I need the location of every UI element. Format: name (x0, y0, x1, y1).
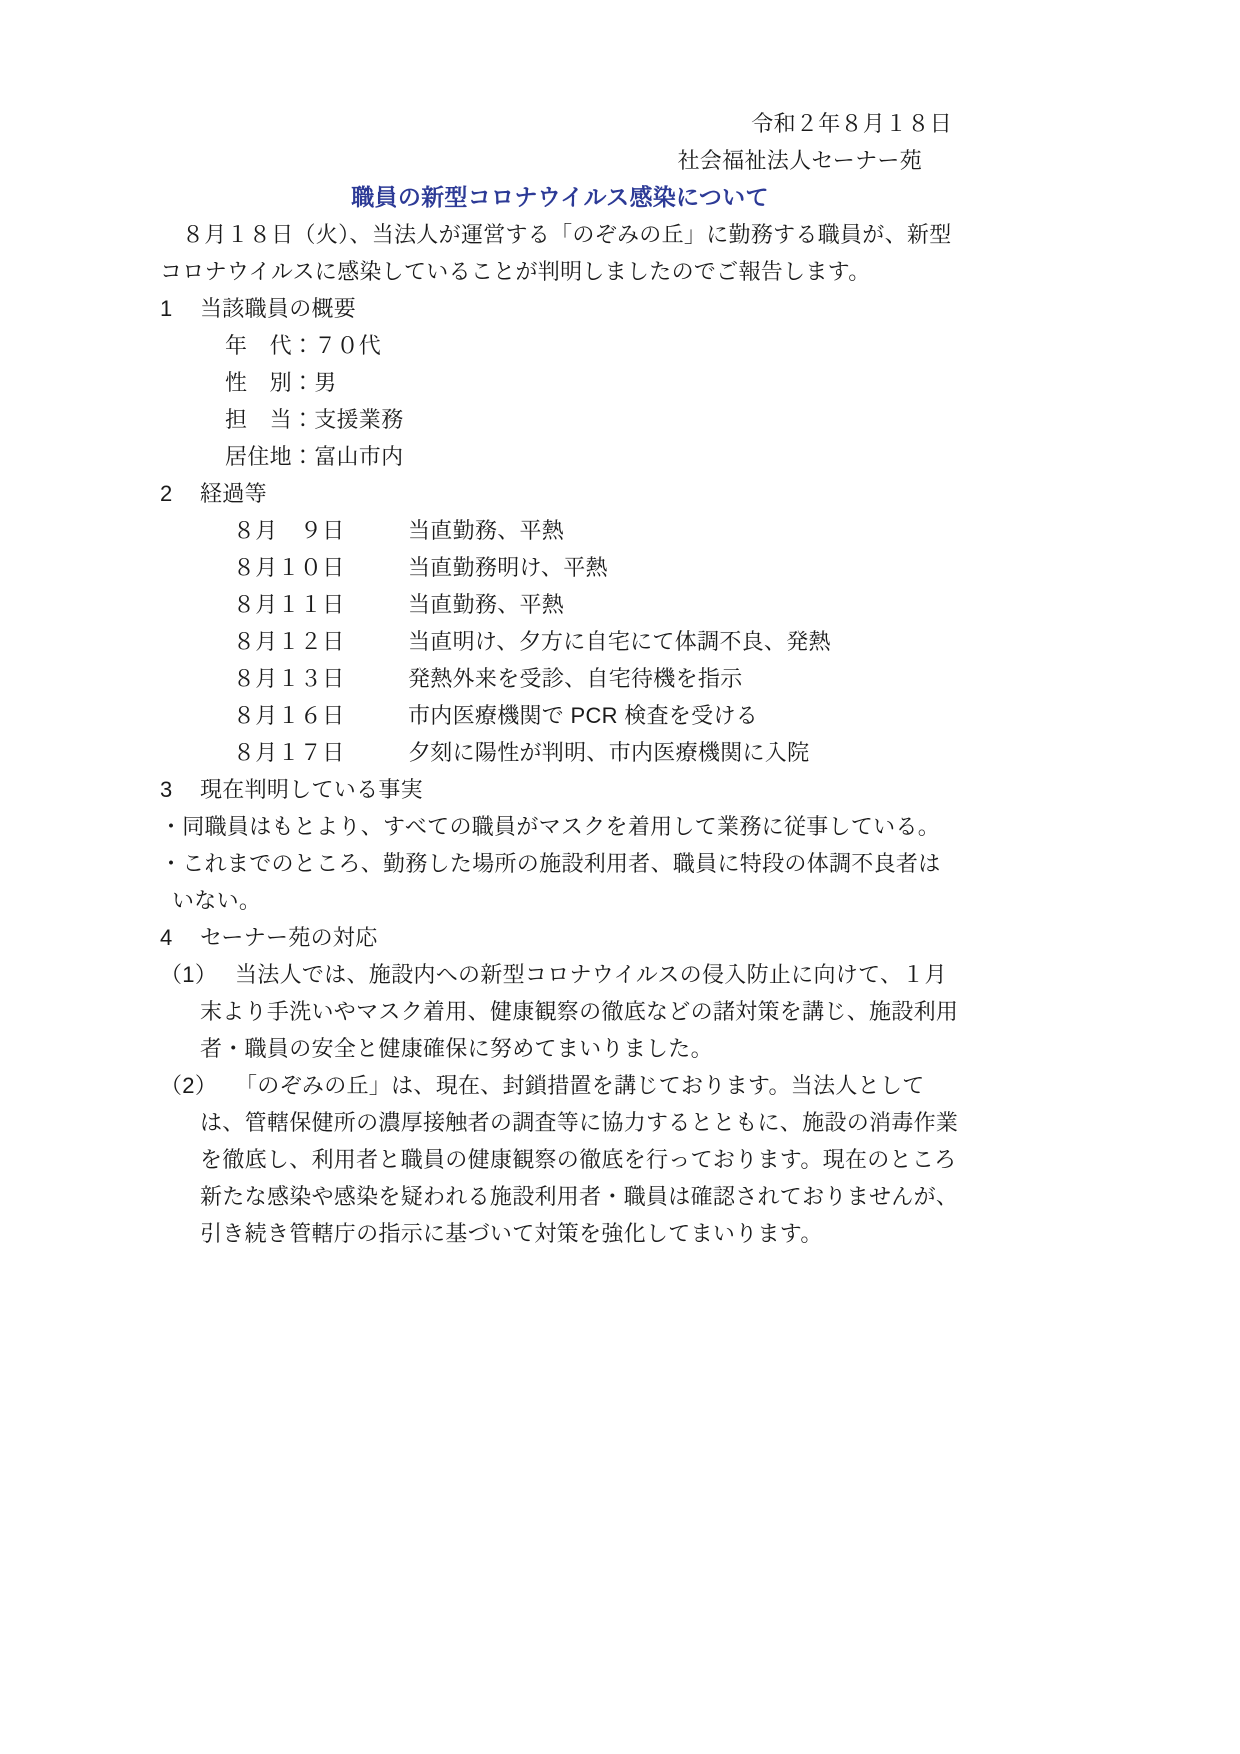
section-timeline-heading: 2経過等 (160, 475, 960, 512)
section-response-heading: 4セーナー苑の対応 (160, 919, 960, 956)
timeline-event: 市内医療機関で PCR 検査を受ける (408, 697, 758, 734)
timeline-event: 夕刻に陽性が判明、市内医療機関に入院 (408, 734, 809, 771)
intro-paragraph: ８月１８日（火）、当法人が運営する「のぞみの丘」に勤務する職員が、新型コロナウイ… (160, 216, 960, 290)
timeline-date: ８月１０日 (233, 549, 408, 586)
document-page: 令和２年８月１８日 社会福祉法人セーナー苑 職員の新型コロナウイルス感染について… (160, 0, 960, 1252)
staff-profile-list: 年 代：７０代 性 別：男 担 当：支援業務 居住地：富山市内 (160, 327, 960, 475)
fact-list: ・同職員はもとより、すべての職員がマスクを着用して業務に従事している。 ・これま… (160, 808, 960, 919)
timeline-event: 当直明け、夕方に自宅にて体調不良、発熱 (408, 623, 831, 660)
timeline-row: ８月 ９日 当直勤務、平熱 (233, 512, 960, 549)
section-heading-label: 現在判明している事実 (200, 777, 423, 802)
section-response: 4セーナー苑の対応 （1）当法人では、施設内への新型コロナウイルスの侵入防止に向… (160, 919, 960, 1252)
timeline-row: ８月１６日 市内医療機関で PCR 検査を受ける (233, 697, 960, 734)
document-title: 職員の新型コロナウイルス感染について (160, 179, 960, 216)
section-number: 1 (160, 290, 200, 327)
response-item-label: （2） (160, 1067, 235, 1104)
timeline-row: ８月１０日 当直勤務明け、平熱 (233, 549, 960, 586)
section-number: 3 (160, 771, 200, 808)
timeline-date: ８月 ９日 (233, 512, 408, 549)
profile-line: 性 別：男 (225, 364, 960, 401)
fact-item: ・同職員はもとより、すべての職員がマスクを着用して業務に従事している。 (160, 808, 960, 845)
issue-date: 令和２年８月１８日 (160, 105, 960, 142)
section-heading-label: セーナー苑の対応 (200, 925, 378, 950)
response-item: （2）「のぞみの丘」は、現在、封鎖措置を講じております。当法人としては、管轄保健… (160, 1067, 960, 1252)
timeline-row: ８月１１日 当直勤務、平熱 (233, 586, 960, 623)
timeline-date: ８月１３日 (233, 660, 408, 697)
timeline-date: ８月１７日 (233, 734, 408, 771)
profile-line: 居住地：富山市内 (225, 438, 960, 475)
profile-line: 担 当：支援業務 (225, 401, 960, 438)
timeline-date: ８月１２日 (233, 623, 408, 660)
organization-name: 社会福祉法人セーナー苑 (160, 142, 960, 179)
timeline-event: 当直勤務、平熱 (408, 512, 564, 549)
response-item-text: 当法人では、施設内への新型コロナウイルスの侵入防止に向けて、１月末より手洗いやマ… (200, 962, 958, 1061)
timeline-list: ８月 ９日 当直勤務、平熱 ８月１０日 当直勤務明け、平熱 ８月１１日 当直勤務… (160, 512, 960, 771)
section-heading-label: 経過等 (200, 481, 267, 506)
response-item-text: 「のぞみの丘」は、現在、封鎖措置を講じております。当法人としては、管轄保健所の濃… (200, 1073, 958, 1246)
timeline-event: 発熱外来を受診、自宅待機を指示 (408, 660, 743, 697)
timeline-row: ８月１２日 当直明け、夕方に自宅にて体調不良、発熱 (233, 623, 960, 660)
response-list: （1）当法人では、施設内への新型コロナウイルスの侵入防止に向けて、１月末より手洗… (160, 956, 960, 1252)
section-heading-label: 当該職員の概要 (200, 296, 356, 321)
timeline-event: 当直勤務、平熱 (408, 586, 564, 623)
timeline-row: ８月１３日 発熱外来を受診、自宅待機を指示 (233, 660, 960, 697)
fact-item: ・これまでのところ、勤務した場所の施設利用者、職員に特段の体調不良者はいない。 (160, 845, 960, 919)
timeline-event: 当直勤務明け、平熱 (408, 549, 608, 586)
response-item: （1）当法人では、施設内への新型コロナウイルスの侵入防止に向けて、１月末より手洗… (160, 956, 960, 1067)
response-item-label: （1） (160, 956, 235, 993)
section-overview: 1当該職員の概要 年 代：７０代 性 別：男 担 当：支援業務 居住地：富山市内 (160, 290, 960, 475)
section-overview-heading: 1当該職員の概要 (160, 290, 960, 327)
section-number: 4 (160, 919, 200, 956)
profile-line: 年 代：７０代 (225, 327, 960, 364)
section-timeline: 2経過等 ８月 ９日 当直勤務、平熱 ８月１０日 当直勤務明け、平熱 ８月１１日… (160, 475, 960, 771)
section-facts: 3現在判明している事実 ・同職員はもとより、すべての職員がマスクを着用して業務に… (160, 771, 960, 919)
timeline-row: ８月１７日 夕刻に陽性が判明、市内医療機関に入院 (233, 734, 960, 771)
section-facts-heading: 3現在判明している事実 (160, 771, 960, 808)
section-number: 2 (160, 475, 200, 512)
timeline-date: ８月１１日 (233, 586, 408, 623)
timeline-date: ８月１６日 (233, 697, 408, 734)
